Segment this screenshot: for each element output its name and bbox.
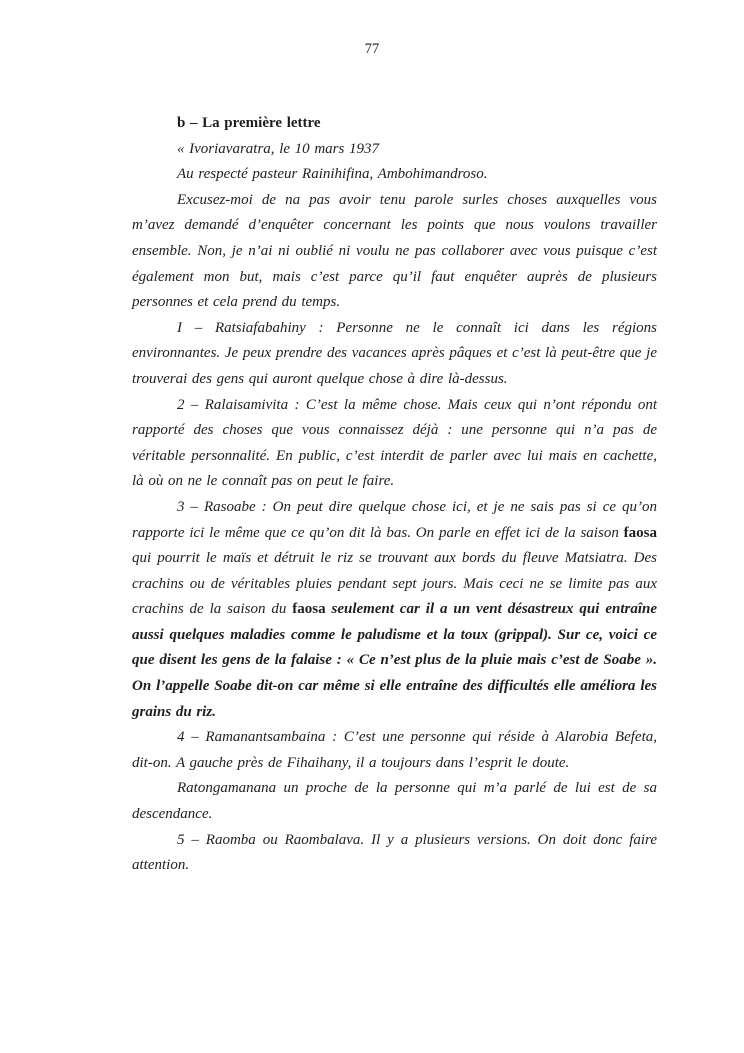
paragraph: I – Ratsiafabahiny : Personne ne le conn… xyxy=(132,316,657,393)
text-run-italic: I – Ratsiafabahiny : Personne ne le conn… xyxy=(132,320,657,387)
text-run-bold: faosa xyxy=(624,525,657,541)
letter-body: b – La première lettre« Ivoriavaratra, l… xyxy=(132,111,657,879)
paragraph: 5 – Raomba ou Raombalava. Il y a plusieu… xyxy=(132,828,657,879)
text-run-italic: 5 – Raomba ou Raombalava. Il y a plusieu… xyxy=(132,832,657,874)
page-number: 77 xyxy=(0,40,744,58)
paragraph: 2 – Ralaisamivita : C’est la même chose.… xyxy=(132,393,657,495)
paragraph: Excusez-moi de na pas avoir tenu parole … xyxy=(132,188,657,316)
text-run-italic: 3 – Rasoabe : On peut dire quelque chose… xyxy=(132,499,657,541)
text-run-italic: 2 – Ralaisamivita : C’est la même chose.… xyxy=(132,397,657,490)
text-run-italic: 4 – Ramanantsambaina : C’est une personn… xyxy=(132,729,657,771)
text-run-bold: faosa xyxy=(292,601,325,617)
text-run-italic: Ratongamanana un proche de la personne q… xyxy=(132,780,657,822)
letter-dateline: « Ivoriavaratra, le 10 mars 1937 xyxy=(132,137,657,163)
paragraph: 4 – Ramanantsambaina : C’est une personn… xyxy=(132,725,657,776)
letter-salutation: Au respecté pasteur Rainihifina, Ambohim… xyxy=(132,162,657,188)
text-run-italic: Au respecté pasteur Rainihifina, Ambohim… xyxy=(177,166,488,182)
paragraph: 3 – Rasoabe : On peut dire quelque chose… xyxy=(132,495,657,725)
text-run-bold-italic: seulement car il a un vent désastreux qu… xyxy=(132,601,657,719)
text-run-italic: « Ivoriavaratra, le 10 mars 1937 xyxy=(177,141,379,157)
text-run-italic: Excusez-moi de na pas avoir tenu parole … xyxy=(132,192,657,310)
document-page: 77 b – La première lettre« Ivoriavaratra… xyxy=(0,0,744,1053)
text-run-bold: b – La première lettre xyxy=(177,115,321,131)
section-heading: b – La première lettre xyxy=(132,111,657,137)
paragraph: Ratongamanana un proche de la personne q… xyxy=(132,776,657,827)
